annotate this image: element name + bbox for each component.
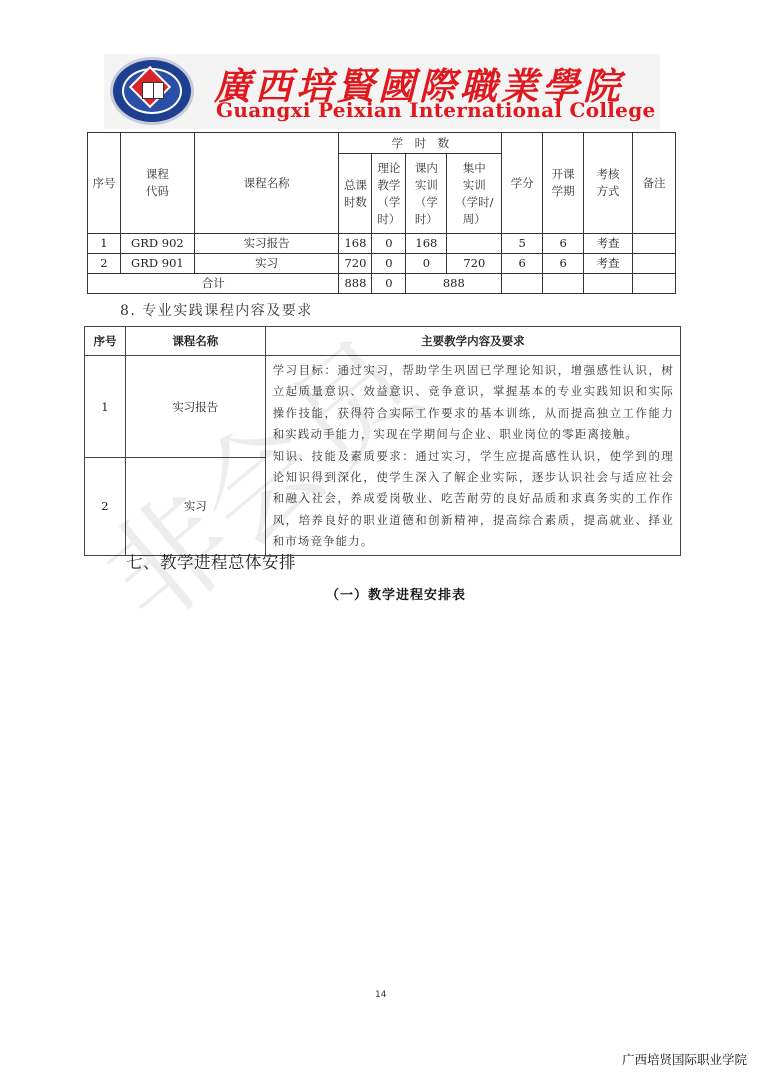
total-theory: 0 — [372, 274, 406, 294]
school-name-en: Guangxi Peixian International College — [216, 98, 656, 122]
cell-credits: 6 — [502, 254, 543, 274]
chapter-7-title: 七、教学进程总体安排 — [126, 549, 296, 573]
header-in-class-practice: 课内 实训 （学 时） — [406, 154, 447, 234]
header-intensive-practice: 集中 实训 （学时/ 周） — [447, 154, 502, 234]
table-row: 2 GRD 901 实习 720 0 0 720 6 6 考查 — [88, 254, 676, 274]
cell-name: 实习 — [194, 254, 339, 274]
cell-seq: 2 — [88, 254, 121, 274]
header-semester: 开课 学期 — [543, 133, 584, 234]
cell-name: 实习报告 — [194, 234, 339, 254]
page-number: 14 — [375, 990, 386, 1000]
total-label: 合计 — [88, 274, 339, 294]
cell-credits: 5 — [502, 234, 543, 254]
cell-seq: 2 — [85, 458, 126, 556]
cell-content: 学习目标：通过实习，帮助学生巩固已学理论知识，增强感性认识，树立起质量意识、效益… — [265, 356, 680, 556]
table-row: 1 GRD 902 实习报告 168 0 168 5 6 考查 — [88, 234, 676, 254]
header-course-name: 课程名称 — [194, 133, 339, 234]
header-course-name: 课程名称 — [125, 327, 265, 356]
header-seq: 序号 — [85, 327, 126, 356]
total-credits — [502, 274, 543, 294]
cell-remarks — [633, 234, 676, 254]
cell-semester: 6 — [543, 234, 584, 254]
header-credits: 学分 — [502, 133, 543, 234]
header-hours-group: 学 时 数 — [339, 133, 502, 154]
total-assessment — [584, 274, 633, 294]
cell-semester: 6 — [543, 254, 584, 274]
cell-code: GRD 901 — [120, 254, 194, 274]
header-seq: 序号 — [88, 133, 121, 234]
cell-code: GRD 902 — [120, 234, 194, 254]
cell-in-class-practice: 168 — [406, 234, 447, 254]
footer-school-name: 广西培贤国际职业学院 — [622, 1050, 747, 1068]
header-theory: 理论 教学 （学 时） — [372, 154, 406, 234]
cell-name: 实习 — [125, 458, 265, 556]
cell-intensive-practice — [447, 234, 502, 254]
header-remarks: 备注 — [633, 133, 676, 234]
cell-total-hours: 168 — [339, 234, 372, 254]
cell-intensive-practice: 720 — [447, 254, 502, 274]
cell-assessment: 考查 — [584, 254, 633, 274]
college-emblem-icon — [110, 57, 194, 125]
header-content: 主要教学内容及要求 — [265, 327, 680, 356]
cell-seq: 1 — [85, 356, 126, 458]
cell-theory: 0 — [372, 254, 406, 274]
total-remarks — [633, 274, 676, 294]
total-row: 合计 888 0 888 — [88, 274, 676, 294]
cell-in-class-practice: 0 — [406, 254, 447, 274]
header-logo-banner: 廣西培賢國際職業學院 Guangxi Peixian International… — [104, 54, 660, 129]
header-total-hours: 总课 时数 — [339, 154, 372, 234]
book-icon — [142, 82, 164, 99]
cell-seq: 1 — [88, 234, 121, 254]
practice-content-table: 序号 课程名称 主要教学内容及要求 1 实习报告 学习目标：通过实习，帮助学生巩… — [84, 326, 681, 556]
cell-remarks — [633, 254, 676, 274]
cell-theory: 0 — [372, 234, 406, 254]
chapter-7-subtitle: （一）教学进程安排表 — [326, 584, 466, 603]
header-assessment: 考核 方式 — [584, 133, 633, 234]
content-requirements: 知识、技能及素质要求：通过实习，学生应提高感性认识，使学到的理论知识得到深化，使… — [273, 446, 674, 553]
header-course-code: 课程 代码 — [120, 133, 194, 234]
section-8-title: 8. 专业实践课程内容及要求 — [120, 300, 313, 320]
total-hours: 888 — [339, 274, 372, 294]
cell-assessment: 考查 — [584, 234, 633, 254]
cell-total-hours: 720 — [339, 254, 372, 274]
content-learning-goals: 学习目标：通过实习，帮助学生巩固已学理论知识，增强感性认识，树立起质量意识、效益… — [273, 360, 674, 446]
cell-name: 实习报告 — [125, 356, 265, 458]
total-semester — [543, 274, 584, 294]
total-practice: 888 — [406, 274, 502, 294]
course-hours-table: 序号 课程 代码 课程名称 学 时 数 学分 开课 学期 考核 方式 备注 总课… — [87, 132, 676, 294]
table-row: 1 实习报告 学习目标：通过实习，帮助学生巩固已学理论知识，增强感性认识，树立起… — [85, 356, 681, 458]
